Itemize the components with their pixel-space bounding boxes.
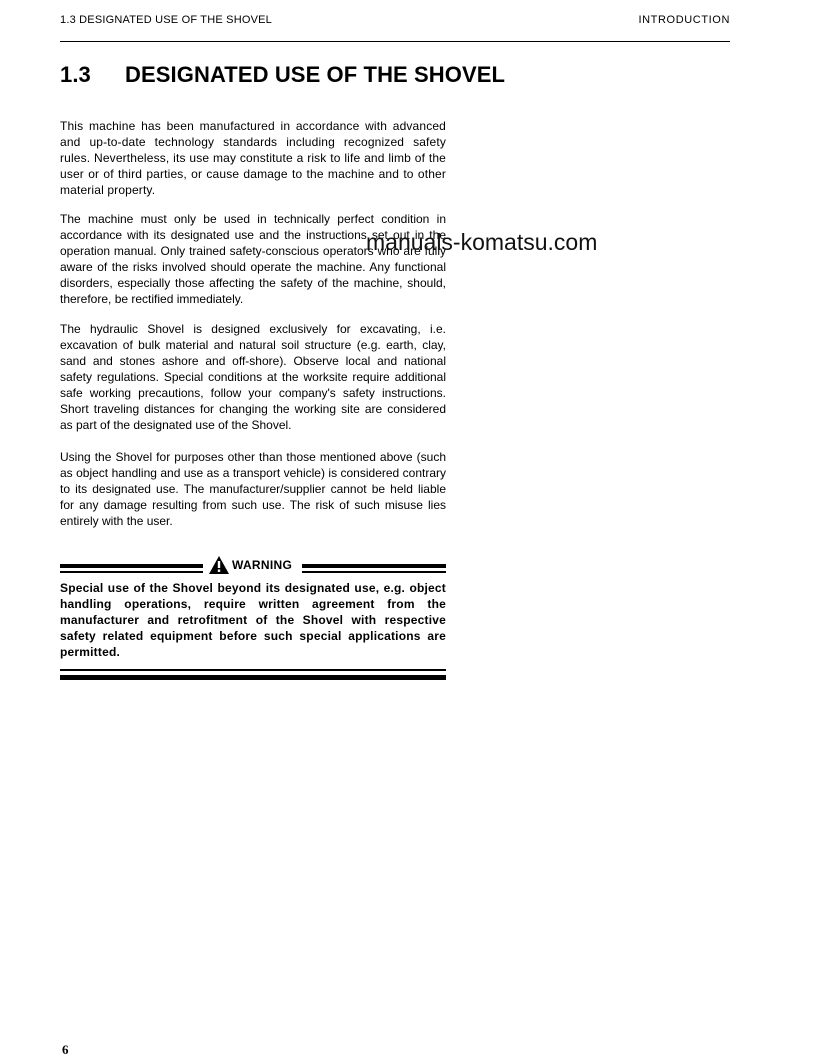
page-title: 1.3DESIGNATED USE OF THE SHOVEL [60, 62, 505, 88]
page-number: 6 [62, 1042, 69, 1056]
running-header-chapter: INTRODUCTION [638, 14, 730, 26]
warning-triangle-icon [209, 556, 229, 574]
section-number: 1.3 [60, 62, 125, 88]
watermark-link[interactable]: manuals-komatsu.com [366, 229, 597, 256]
warning-label: WARNING [209, 555, 292, 575]
paragraph-misuse: Using the Shovel for purposes other than… [60, 449, 446, 529]
header-divider [60, 41, 730, 42]
paragraph-intro: This machine has been manufactured in ac… [60, 118, 446, 198]
warning-footer-rules [60, 669, 446, 681]
section-title-text: DESIGNATED USE OF THE SHOVEL [125, 62, 505, 87]
warning-label-text: WARNING [232, 558, 292, 572]
paragraph-designated-use: The hydraulic Shovel is designed exclusi… [60, 321, 446, 433]
running-header-section: 1.3 DESIGNATED USE OF THE SHOVEL [60, 14, 272, 26]
warning-header-bar: WARNING [60, 555, 446, 575]
warning-text: Special use of the Shovel beyond its des… [60, 580, 446, 660]
paragraph-condition: The machine must only be used in technic… [60, 211, 446, 307]
